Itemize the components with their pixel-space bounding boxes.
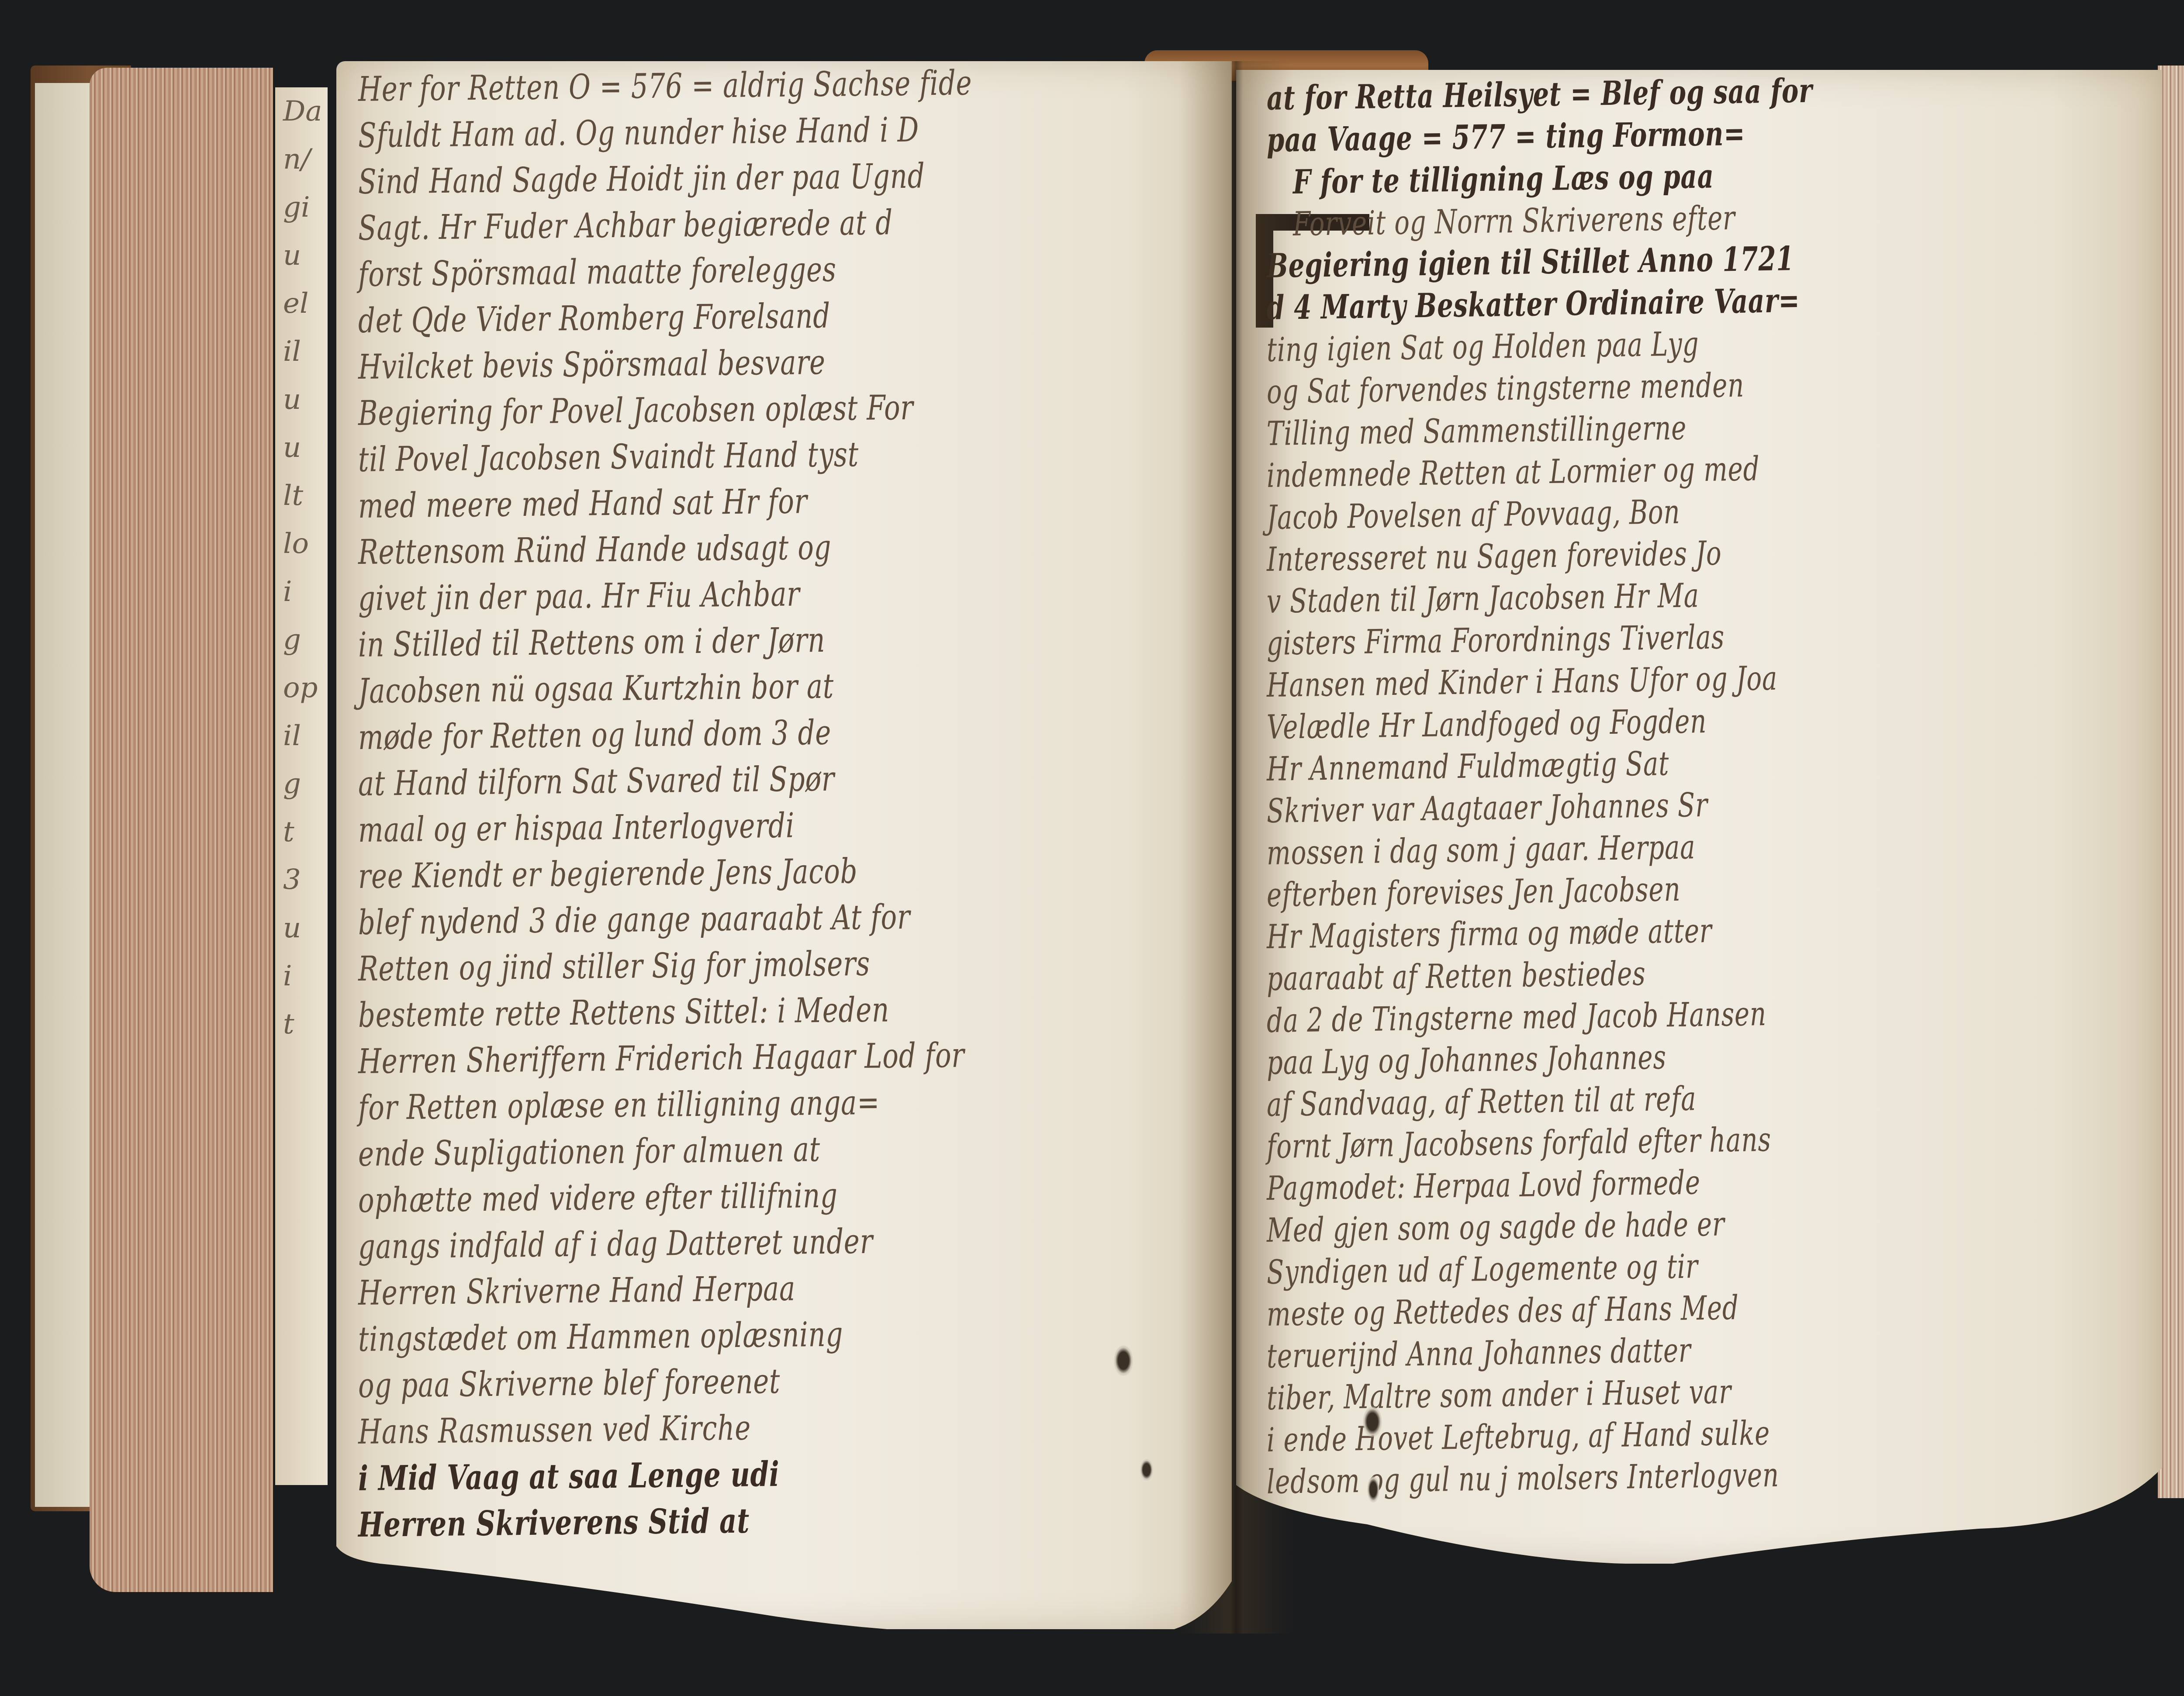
handwritten-line: med meere med Hand sat Hr for xyxy=(358,482,808,526)
edge-fragment: u xyxy=(283,904,328,952)
handwritten-line: Herren Skriverne Hand Herpaa xyxy=(358,1269,796,1313)
handwritten-line: d 4 Marty Beskatter Ordinaire Vaar= xyxy=(1266,281,1800,327)
handwritten-line: F for te tilligning Læs og paa xyxy=(1292,157,1714,201)
edge-fragment: t xyxy=(283,1000,328,1048)
handwritten-line: Hr Annemand Fuldmægtig Sat xyxy=(1266,744,1669,788)
handwritten-line: indemnede Retten at Lormier og med xyxy=(1266,449,1759,495)
handwritten-line: i Mid Vaag at saa Lenge udi xyxy=(358,1454,780,1499)
left-page-stack-edges xyxy=(90,68,273,1592)
handwritten-line: Forveit og Norrn Skriverens efter xyxy=(1292,198,1735,243)
handwritten-line: Hvilcket bevis Spörsmaal besvare xyxy=(358,343,826,387)
edge-fragment: il xyxy=(283,328,328,376)
edge-fragment: op xyxy=(283,664,328,712)
handwritten-line: Interesseret nu Sagen forevides Jo xyxy=(1266,533,1722,579)
left-page: Her for Retten O = 576 = aldrig Sachse f… xyxy=(336,61,1232,1629)
handwritten-line: Syndigen ud af Logemente og tir xyxy=(1266,1247,1698,1292)
handwritten-line: og Sat forvendes tingsterne menden xyxy=(1266,366,1744,411)
handwritten-line: Jacob Povelsen af Povvaag, Bon xyxy=(1266,492,1680,537)
handwritten-line: paaraabt af Retten bestiedes xyxy=(1266,954,1646,998)
edge-fragment: g xyxy=(283,760,328,808)
paper-hole xyxy=(1363,1406,1382,1437)
handwritten-line: paa Lyg og Johannes Johannes xyxy=(1266,1037,1666,1082)
handwritten-line: Hansen med Kinder i Hans Ufor og Joa xyxy=(1266,659,1777,705)
handwritten-line: fornt Jørn Jacobsens forfald efter hans xyxy=(1266,1120,1771,1166)
edge-fragment: 3 xyxy=(283,856,328,904)
handwritten-line: Begiering igien til Stillet Anno 1721 xyxy=(1266,239,1794,285)
handwritten-line: Hr Magisters firma og møde atter xyxy=(1266,911,1712,956)
handwritten-line: paa Vaage = 577 = ting Formon= xyxy=(1266,114,1745,159)
handwritten-line: ree Kiendt er begierende Jens Jacob xyxy=(358,852,858,896)
handwritten-line: forst Spörsmaal maatte forelegges xyxy=(358,250,837,294)
edge-fragment: lo xyxy=(283,520,328,568)
edge-fragment: gi xyxy=(283,183,328,231)
handwritten-line: af Sandvaag, af Retten til at refa xyxy=(1266,1079,1697,1124)
handwritten-line: givet jin der paa. Hr Fiu Achbar xyxy=(358,574,800,618)
handwritten-line: bestemte rette Rettens Sittel: i Meden xyxy=(358,990,890,1035)
edge-fragment: el xyxy=(283,280,328,328)
edge-fragment: i xyxy=(283,568,328,616)
edge-fragment: i xyxy=(283,952,328,1000)
handwritten-line: mossen i dag som j gaar. Herpaa xyxy=(1266,827,1696,872)
handwritten-line: og paa Skriverne blef foreenet xyxy=(358,1362,781,1406)
handwritten-line: gisters Firma Forordnings Tiverlas xyxy=(1266,617,1724,663)
handwritten-line: ophætte med videre efter tillifning xyxy=(358,1176,838,1220)
underlying-page-edge-text: Dan/giueliluultloigopilgt3uit xyxy=(275,87,328,1485)
right-page-text: at for Retta Heilsyet = Blef og saa forp… xyxy=(1236,70,2162,1564)
handwritten-line: Herren Skriverens Stid at xyxy=(358,1501,750,1545)
handwritten-line: Her for Retten O = 576 = aldrig Sachse f… xyxy=(358,63,972,109)
handwritten-line: ledsom og gul nu j molsers Interlogven xyxy=(1266,1455,1779,1501)
paper-hole xyxy=(1140,1459,1153,1481)
handwritten-line: Velædle Hr Landfoged og Fogden xyxy=(1266,701,1707,746)
edge-fragment: n/ xyxy=(283,135,328,183)
left-page-text: Her for Retten O = 576 = aldrig Sachse f… xyxy=(336,61,1232,1629)
handwritten-line: v Staden til Jørn Jacobsen Hr Ma xyxy=(1266,576,1699,621)
handwritten-line: tiber, Maltre som ander i Huset var xyxy=(1266,1372,1731,1417)
edge-fragment: g xyxy=(283,616,328,664)
edge-fragment: u xyxy=(283,376,328,424)
handwritten-line: gangs indfald af i dag Datteret under xyxy=(358,1222,873,1267)
handwritten-line: da 2 de Tingsterne med Jacob Hansen xyxy=(1266,994,1766,1040)
handwritten-line: Herren Sheriffern Friderich Hagaar Lod f… xyxy=(358,1036,965,1081)
edge-fragment: u xyxy=(283,231,328,280)
paper-hole xyxy=(1114,1345,1133,1376)
handwritten-line: Pagmodet: Herpaa Lovd formede xyxy=(1266,1163,1700,1208)
handwritten-line: Jacobsen nü ogsaa Kurtzhin bor at xyxy=(358,667,834,711)
handwritten-line: møde for Retten og lund dom 3 de xyxy=(358,713,832,757)
handwritten-line: maal og er hispaa Interlogverdi xyxy=(358,806,795,850)
handwritten-line: ting igien Sat og Holden paa Lyg xyxy=(1266,324,1699,369)
handwritten-line: Hans Rasmussen ved Kirche xyxy=(358,1409,751,1452)
handwritten-line: Begiering for Povel Jacobsen oplæst For xyxy=(358,388,914,433)
handwritten-line: at for Retta Heilsyet = Blef og saa for xyxy=(1266,71,1813,117)
handwritten-line: efterben forevises Jen Jacobsen xyxy=(1266,870,1680,914)
handwritten-line: Sagt. Hr Fuder Achbar begiærede at d xyxy=(358,203,893,248)
handwritten-line: Retten og jind stiller Sig for jmolsers xyxy=(358,944,871,989)
edge-fragment: u xyxy=(283,424,328,472)
handwritten-line: in Stilled til Rettens om i der Jørn xyxy=(358,621,826,665)
edge-fragment: Da xyxy=(283,87,328,135)
handwritten-line: til Povel Jacobsen Svaindt Hand tyst xyxy=(358,435,859,480)
handwritten-line: Sind Hand Sagde Hoidt jin der paa Ugnd xyxy=(358,156,925,202)
handwritten-line: Sfuldt Ham ad. Og nunder hise Hand i D xyxy=(358,111,919,155)
handwritten-line: Tilling med Sammenstillingerne xyxy=(1266,408,1686,453)
handwritten-line: Skriver var Aagtaaer Johannes Sr xyxy=(1266,785,1708,830)
handwritten-line: ende Supligationen for almuen at xyxy=(358,1130,821,1174)
handwritten-line: Rettensom Ründ Hande udsagt og xyxy=(358,528,832,572)
edge-fragment: t xyxy=(283,808,328,856)
handwritten-line: blef nydend 3 die gange paaraabt At for xyxy=(358,898,911,943)
handwritten-line: i ende Hovet Leftebrug, af Hand sulke xyxy=(1266,1413,1770,1459)
right-page: at for Retta Heilsyet = Blef og saa forp… xyxy=(1236,70,2162,1564)
handwritten-line: Med gjen som og sagde de hade er xyxy=(1266,1204,1724,1250)
handwritten-line: meste og Rettedes des af Hans Med xyxy=(1266,1288,1739,1333)
handwritten-line: at Hand tilforn Sat Svared til Spør xyxy=(358,760,835,804)
handwritten-line: det Qde Vider Romberg Forelsand xyxy=(358,297,831,341)
paper-hole xyxy=(1367,1476,1379,1503)
edge-fragment: il xyxy=(283,712,328,760)
handwritten-line: teruerijnd Anna Johannes datter xyxy=(1266,1330,1691,1375)
handwritten-line: tingstædet om Hammen oplæsning xyxy=(358,1315,843,1359)
edge-fragment: lt xyxy=(283,472,328,520)
book-spread-scan: Dan/giueliluultloigopilgt3uit Her for Re… xyxy=(0,0,2184,1696)
handwritten-line: for Retten oplæse en tilligning anga= xyxy=(358,1083,880,1127)
